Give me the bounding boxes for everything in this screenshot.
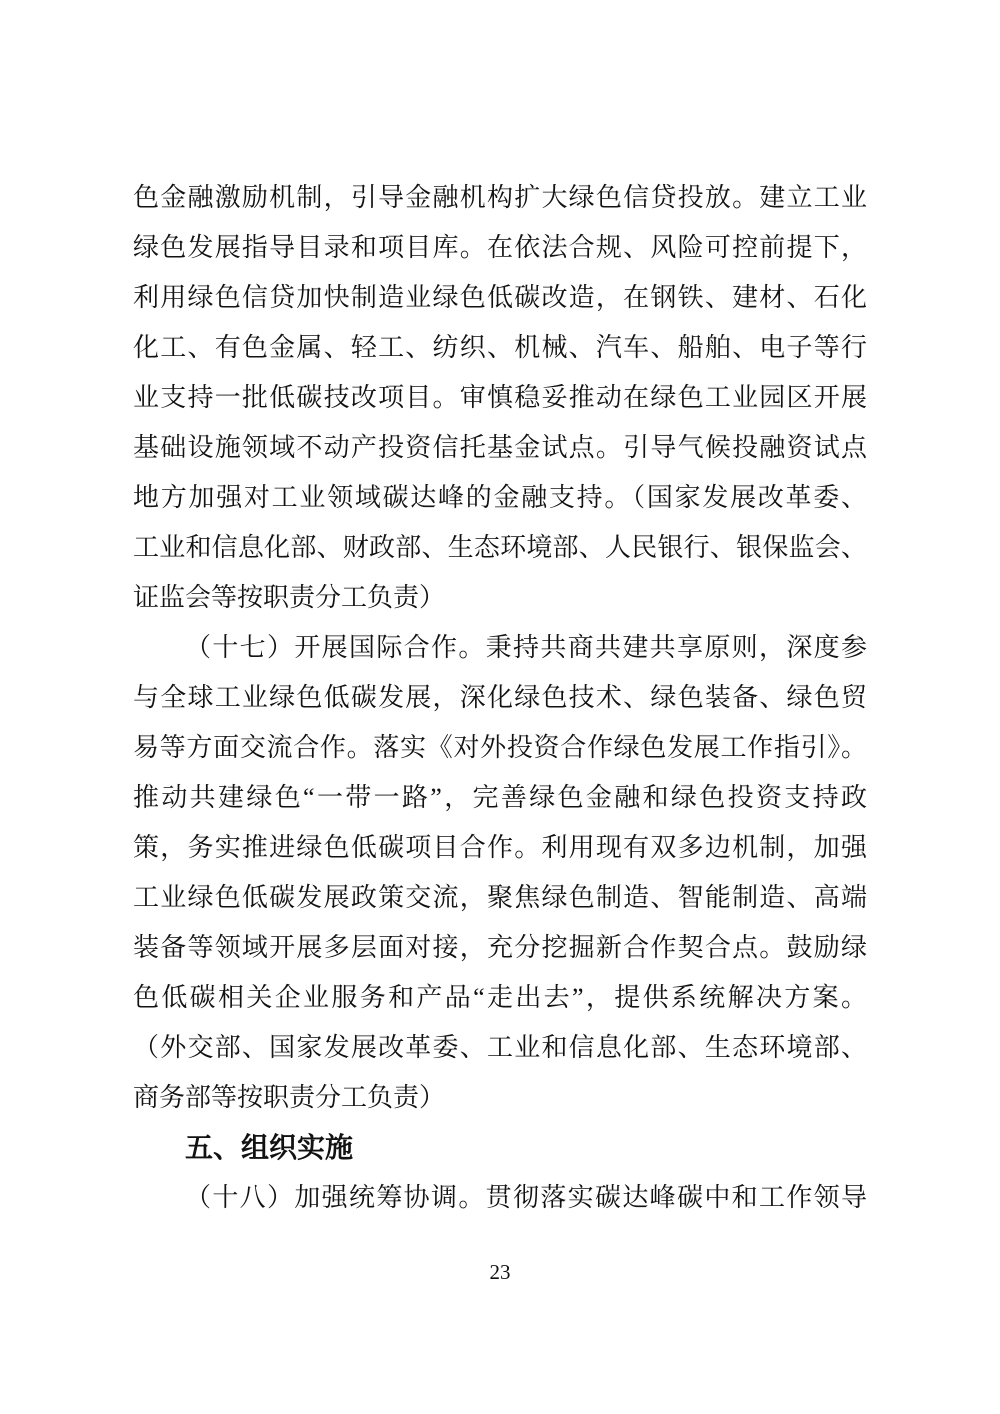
text-line-paragraph-start: （十八）加强统筹协调。贯彻落实碳达峰碳中和工作领导 [133,1173,867,1223]
text-line-paragraph-end: 证监会等按职责分工负责） [133,573,867,623]
text-line: 基础设施领域不动产投资信托基金试点。引导气候投融资试点 [133,423,867,473]
document-body: 色金融激励机制，引导金融机构扩大绿色信贷投放。建立工业 绿色发展指导目录和项目库… [133,173,867,1223]
text-line: 绿色发展指导目录和项目库。在依法合规、风险可控前提下， [133,223,867,273]
text-line: 色低碳相关企业服务和产品“走出去”，提供系统解决方案。 [133,973,867,1023]
document-page: 色金融激励机制，引导金融机构扩大绿色信贷投放。建立工业 绿色发展指导目录和项目库… [0,0,1000,1414]
text-line-paragraph-start: （十七）开展国际合作。秉持共商共建共享原则，深度参 [133,623,867,673]
text-line: 化工、有色金属、轻工、纺织、机械、汽车、船舶、电子等行 [133,323,867,373]
text-line: 与全球工业绿色低碳发展，深化绿色技术、绿色装备、绿色贸 [133,673,867,723]
text-line: 业支持一批低碳技改项目。审慎稳妥推动在绿色工业园区开展 [133,373,867,423]
text-line: 装备等领域开展多层面对接，充分挖掘新合作契合点。鼓励绿 [133,923,867,973]
text-line: （外交部、国家发展改革委、工业和信息化部、生态环境部、 [133,1023,867,1073]
text-line: 利用绿色信贷加快制造业绿色低碳改造，在钢铁、建材、石化 [133,273,867,323]
section-heading: 五、组织实施 [133,1123,867,1173]
page-number: 23 [0,1260,1000,1285]
text-line: 地方加强对工业领域碳达峰的金融支持。（国家发展改革委、 [133,473,867,523]
text-line: 策，务实推进绿色低碳项目合作。利用现有双多边机制，加强 [133,823,867,873]
text-line: 工业绿色低碳发展政策交流，聚焦绿色制造、智能制造、高端 [133,873,867,923]
text-line-paragraph-end: 商务部等按职责分工负责） [133,1073,867,1123]
text-line: 易等方面交流合作。落实《对外投资合作绿色发展工作指引》。 [133,723,867,773]
text-line: 推动共建绿色“一带一路”，完善绿色金融和绿色投资支持政 [133,773,867,823]
text-line: 色金融激励机制，引导金融机构扩大绿色信贷投放。建立工业 [133,173,867,223]
text-line: 工业和信息化部、财政部、生态环境部、人民银行、银保监会、 [133,523,867,573]
